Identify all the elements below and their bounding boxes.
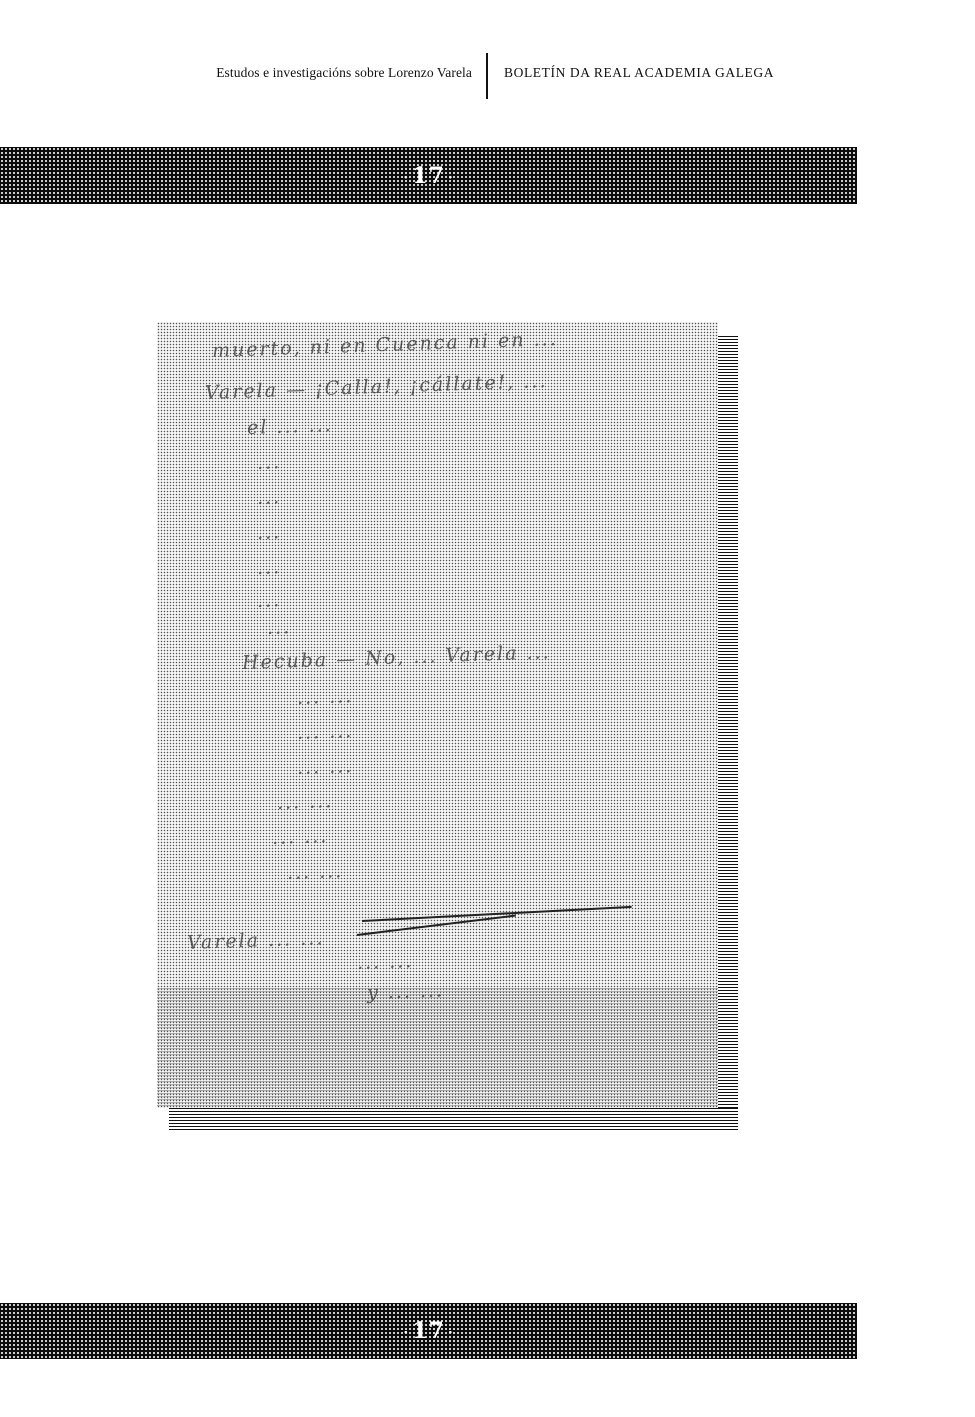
handwriting-line: ... xyxy=(257,589,282,612)
page-number-bottom: · 17 · xyxy=(0,1303,857,1359)
running-head-journal-title: BOLETÍN DA REAL ACADEMIA GALEGA xyxy=(504,65,774,81)
handwriting-line: ... xyxy=(257,556,282,579)
handwriting-line: Hecuba — No, ... Varela ... xyxy=(242,641,551,674)
handwriting-line: ... ... xyxy=(287,860,344,884)
ornament-left-icon: · xyxy=(403,1325,409,1341)
page-number-top-value: 17 xyxy=(412,163,445,189)
figure-shadow-bottom xyxy=(169,1108,738,1130)
handwriting-line: Varela ... ... xyxy=(187,927,325,954)
running-head: Estudos e investigacións sobre Lorenzo V… xyxy=(0,53,975,99)
handwriting-line: ... ... xyxy=(357,950,414,974)
handwriting-line: y ... ... xyxy=(367,979,445,1004)
ornament-right-icon: · xyxy=(448,1325,454,1341)
manuscript-figure: muerto, ni en Cuenca ni en ... Varela — … xyxy=(157,322,738,1130)
crossed-out-stroke xyxy=(362,906,632,922)
handwriting-line: ... ... xyxy=(297,755,354,779)
running-head-section-title: Estudos e investigacións sobre Lorenzo V… xyxy=(216,65,472,81)
handwriting-line: muerto, ni en Cuenca ni en ... xyxy=(212,328,558,362)
handwriting-line: ... ... xyxy=(277,790,334,814)
figure-shadow-right xyxy=(718,336,738,1130)
ornament-right-icon: · xyxy=(448,170,454,186)
page-number-band-top: · 17 · xyxy=(0,147,857,204)
handwriting-line: el ... ... xyxy=(247,414,333,439)
running-head-divider xyxy=(486,53,488,99)
handwriting-line: ... ... xyxy=(272,825,329,849)
handwriting-line: ... xyxy=(257,521,282,544)
ornament-left-icon: · xyxy=(403,170,409,186)
handwriting-line: ... xyxy=(267,616,292,639)
handwriting-line: ... xyxy=(257,486,282,509)
handwriting-line: Varela — ¡Calla!, ¡cállate!, ... xyxy=(205,370,548,404)
page-number-band-bottom: · 17 · xyxy=(0,1303,857,1359)
page-number-top: · 17 · xyxy=(0,147,857,204)
handwriting-line: ... ... xyxy=(297,720,354,744)
page-number-bottom-value: 17 xyxy=(412,1318,445,1344)
handwriting-line: ... ... xyxy=(297,685,354,709)
manuscript-image: muerto, ni en Cuenca ni en ... Varela — … xyxy=(157,322,718,1108)
handwriting-line: ... xyxy=(257,451,282,474)
